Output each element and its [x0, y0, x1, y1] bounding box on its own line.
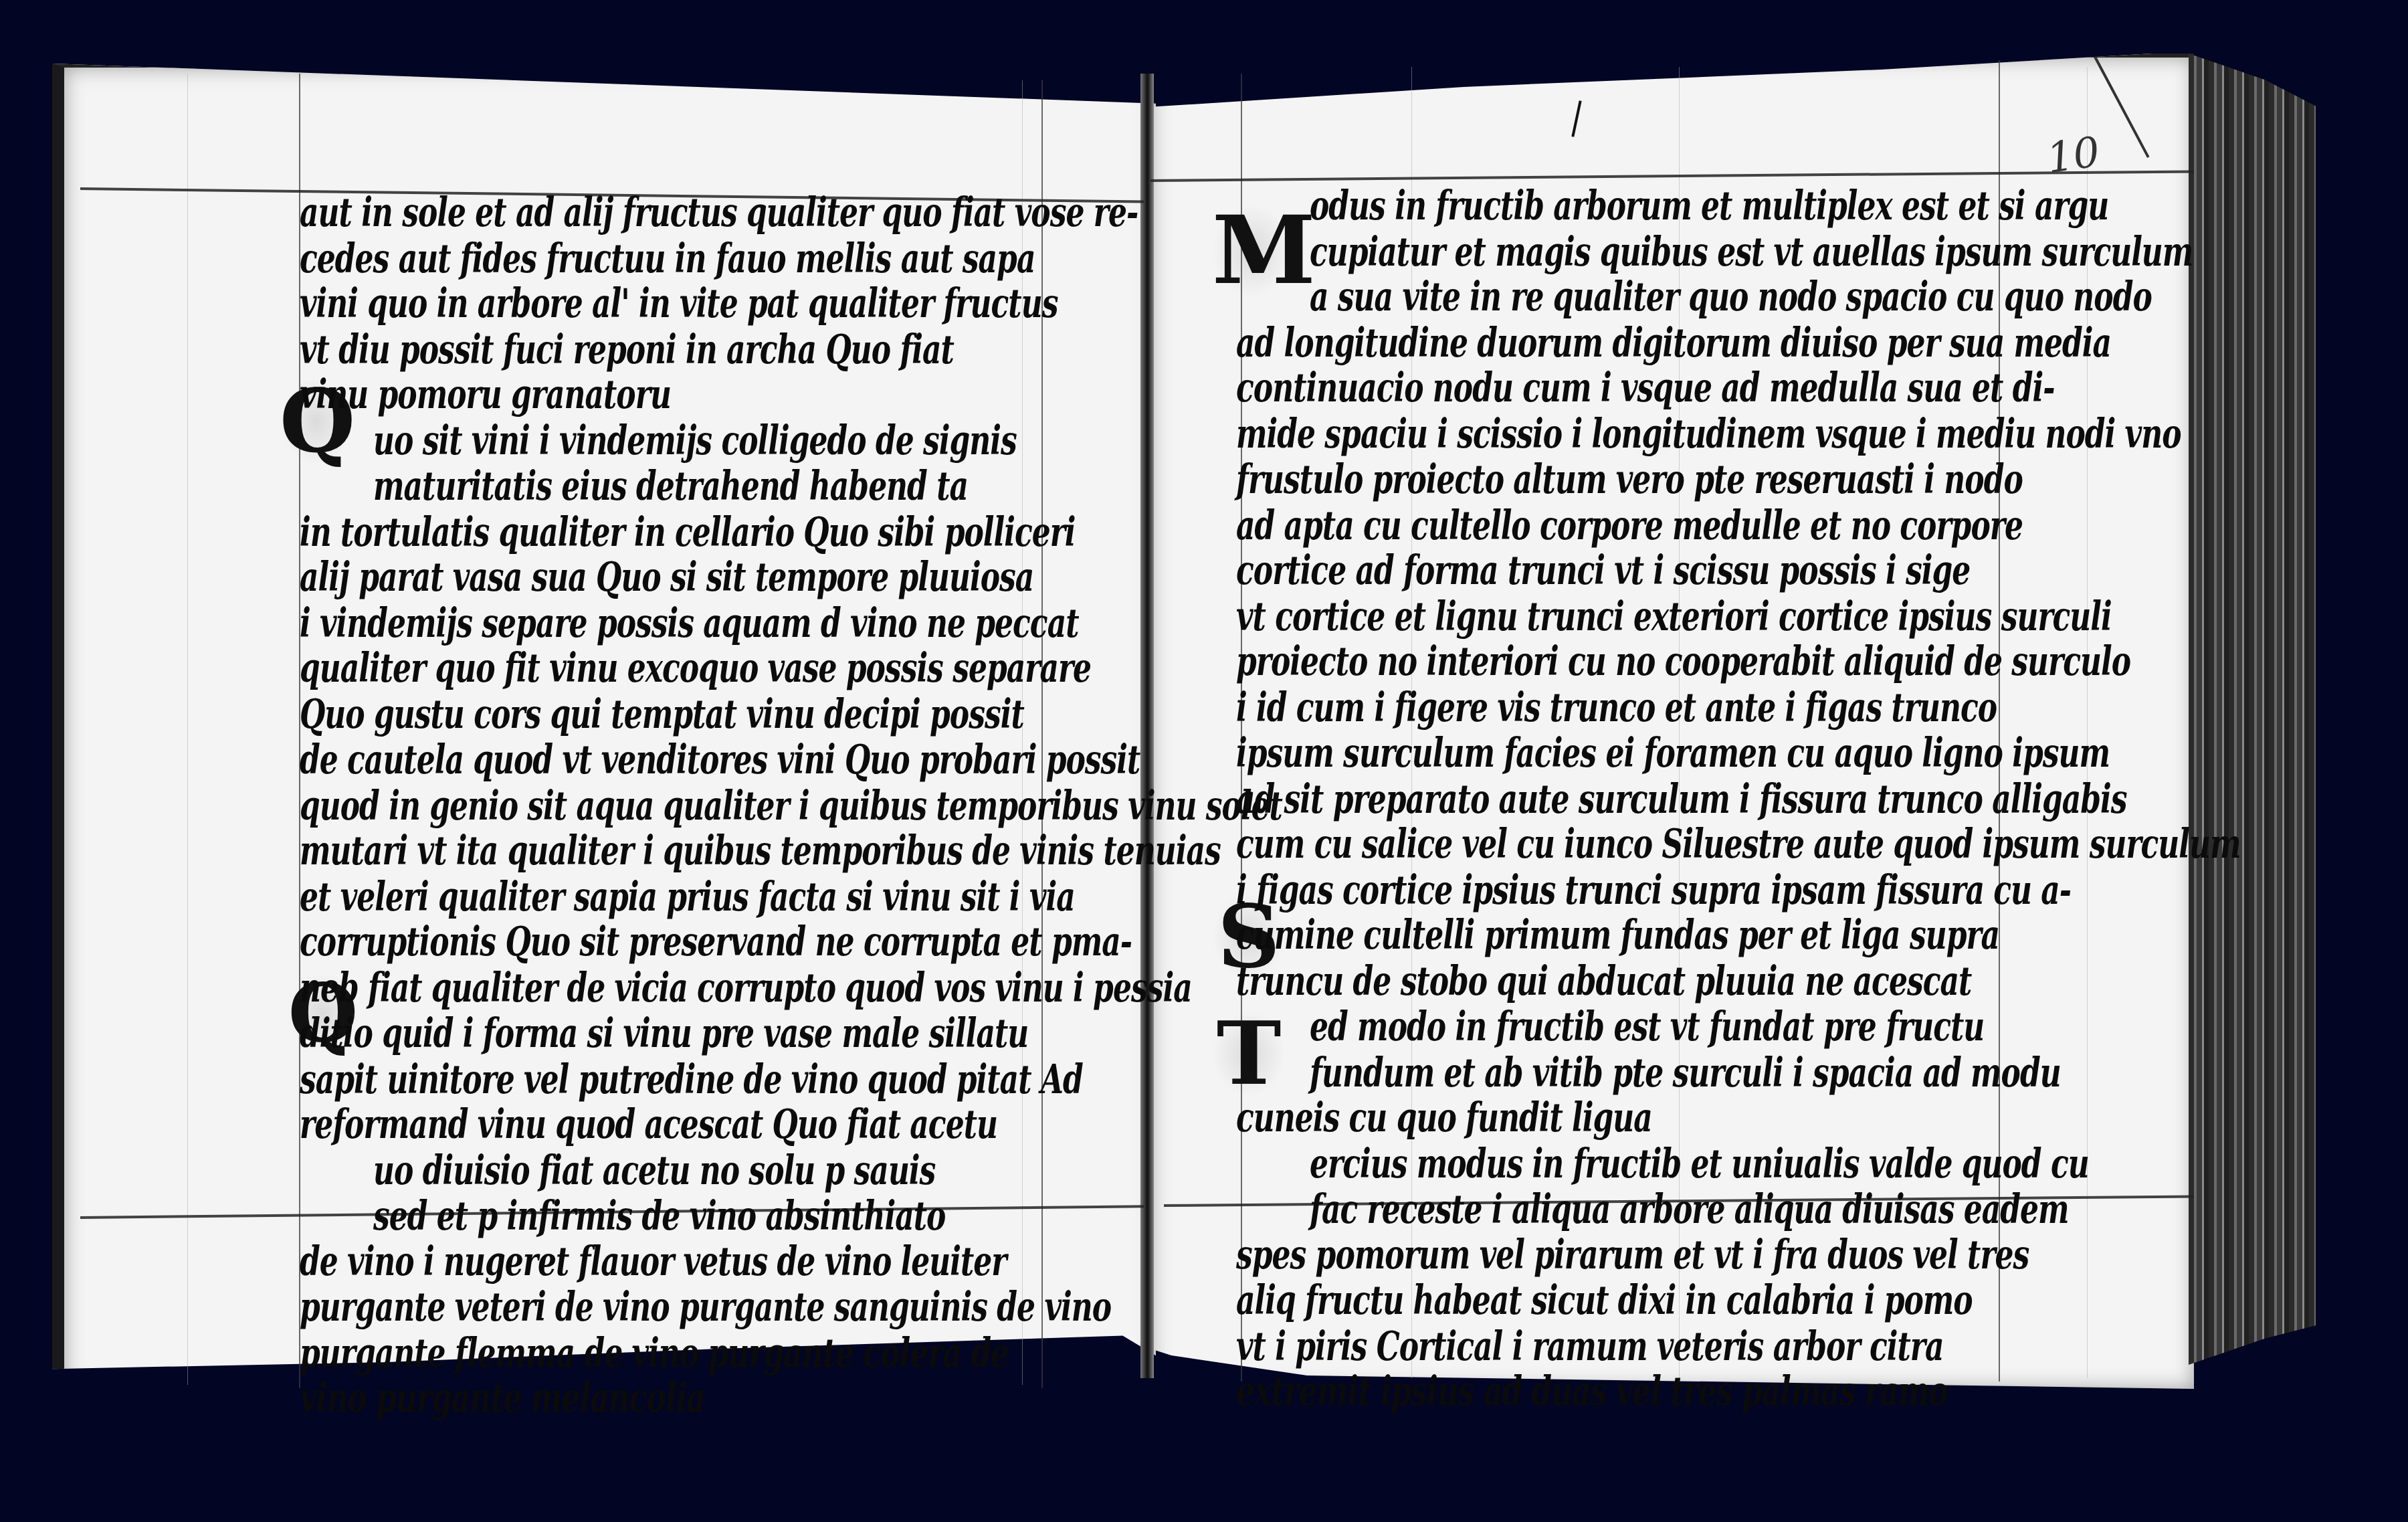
text-line: vt cortice et lignu trunci exteriori cor… — [1236, 595, 2066, 640]
text-line: ercius modus in fructib et uniualis vald… — [1236, 1142, 2066, 1187]
text-line: a sua vite in re qualiter quo nodo spaci… — [1236, 275, 2066, 320]
text-line: frustulo proiecto altum vero pte reserua… — [1236, 458, 2066, 503]
text-line: vt diu possit fuci reponi in archa Quo f… — [300, 328, 1089, 373]
text-line: i vindemijs separe possis aquam d vino n… — [300, 601, 1089, 647]
text-line: sed et p infirmis de vino absinthiato — [300, 1194, 1089, 1240]
text-line: vinu pomoru granatoru — [300, 373, 1089, 419]
text-line: quod in genio sit aqua qualiter i quibus… — [300, 783, 1089, 829]
text-line: neb fiat qualiter de vicia corrupto quod… — [300, 966, 1089, 1012]
text-line: vt i piris Cortical i ramum veteris arbo… — [1236, 1324, 2066, 1369]
text-line: i figas cortice ipsius trunci supra ipsa… — [1236, 868, 2066, 914]
text-line: fac receste i aliqua arbore aliqua diuis… — [1236, 1187, 2066, 1233]
text-line: uo diuisio fiat acetu no solu p sauis — [300, 1149, 1089, 1194]
text-line: ad apta cu cultello corpore medulle et n… — [1236, 503, 2066, 549]
right-page-text: odus in fructib arborum et multiplex est… — [1236, 184, 2066, 1416]
manuscript-spread: 10 Q Q M S T aut in sole et ad alij fruc… — [0, 0, 2408, 1522]
text-line: aut in sole et ad alij fructus qualiter … — [300, 191, 1089, 236]
text-line: spes pomorum vel pirarum et vt i fra duo… — [1236, 1233, 2066, 1278]
text-line: odus in fructib arborum et multiplex est… — [1236, 184, 2066, 229]
text-line: cumine cultelli primum fundas per et lig… — [1236, 914, 2066, 959]
text-line: truncu de stobo qui abducat pluuia ne ac… — [1236, 959, 2066, 1005]
text-line: alij parat vasa sua Quo si sit tempore p… — [300, 555, 1089, 601]
text-line: purgante flemma de vino purgante colera … — [300, 1331, 1089, 1376]
text-line: corruptionis Quo sit preservand ne corru… — [300, 921, 1089, 966]
text-line: fundum et ab vitib pte surculi i spacia … — [1236, 1050, 2066, 1096]
text-line: i id cum i figere vis trunco et ante i f… — [1236, 686, 2066, 731]
text-line: ad sit preparato aute surculum i fissura… — [1236, 777, 2066, 822]
text-line: Quo gustu cors qui temptat vinu decipi p… — [300, 692, 1089, 738]
text-line: cum cu salice vel cu iunco Siluestre aut… — [1236, 822, 2066, 868]
text-line: et veleri qualiter sapia prius facta si … — [300, 875, 1089, 921]
text-line: sapit uinitore vel putredine de vino quo… — [300, 1057, 1089, 1103]
text-line: cupiatur et magis quibus est vt auellas … — [1236, 229, 2066, 275]
text-line: extremit ipsius ad duas vel tres palmas … — [1236, 1370, 2066, 1416]
text-line: reformand vinu quod acescat Quo fiat ace… — [300, 1103, 1089, 1149]
text-line: ad longitudine duorum digitorum diuiso p… — [1236, 321, 2066, 367]
text-line: ed modo in fructib est vt fundat pre fru… — [1236, 1005, 2066, 1050]
text-line: purgante veteri de vino purgante sanguin… — [300, 1285, 1089, 1331]
left-faint-rule — [187, 74, 188, 1385]
text-line: mutari vt ita qualiter i quibus temporib… — [300, 829, 1089, 874]
text-line: vino purgante melancolia — [300, 1377, 1089, 1422]
text-line: aliq fructu habeat sicut dixi in calabri… — [1236, 1278, 2066, 1324]
text-line: cedes aut fides fructuu in fauo mellis a… — [300, 236, 1089, 282]
text-line: continuacio nodu cum i vsque ad medulla … — [1236, 367, 2066, 412]
book-gutter — [1140, 74, 1154, 1378]
text-line: uo sit vini i vindemijs colligedo de sig… — [300, 419, 1089, 464]
text-line: qualiter quo fit vinu excoquo vase possi… — [300, 647, 1089, 692]
text-line: de cautela quod vt venditores vini Quo p… — [300, 738, 1089, 783]
text-line: vini quo in arbore al' in vite pat quali… — [300, 282, 1089, 327]
text-line: ditio quid i forma si vinu pre vase male… — [300, 1012, 1089, 1057]
text-line: de vino i nugeret flauor vetus de vino l… — [300, 1240, 1089, 1285]
text-line: cortice ad forma trunci vt i scissu poss… — [1236, 549, 2066, 594]
text-line: cuneis cu quo fundit ligua — [1236, 1097, 2066, 1142]
left-page-text: aut in sole et ad alij fructus qualiter … — [300, 191, 1089, 1422]
text-line: maturitatis eius detrahend habend ta — [300, 464, 1089, 510]
text-line: mide spaciu i scissio i longitudinem vsq… — [1236, 412, 2066, 458]
text-line: ipsum surculum facies ei foramen cu aquo… — [1236, 731, 2066, 777]
text-line: in tortulatis qualiter in cellario Quo s… — [300, 510, 1089, 555]
text-line: proiecto no interiori cu no cooperabit a… — [1236, 640, 2066, 686]
fore-edge-page-stack — [2189, 54, 2316, 1365]
folio-number: 10 — [2043, 127, 2102, 183]
